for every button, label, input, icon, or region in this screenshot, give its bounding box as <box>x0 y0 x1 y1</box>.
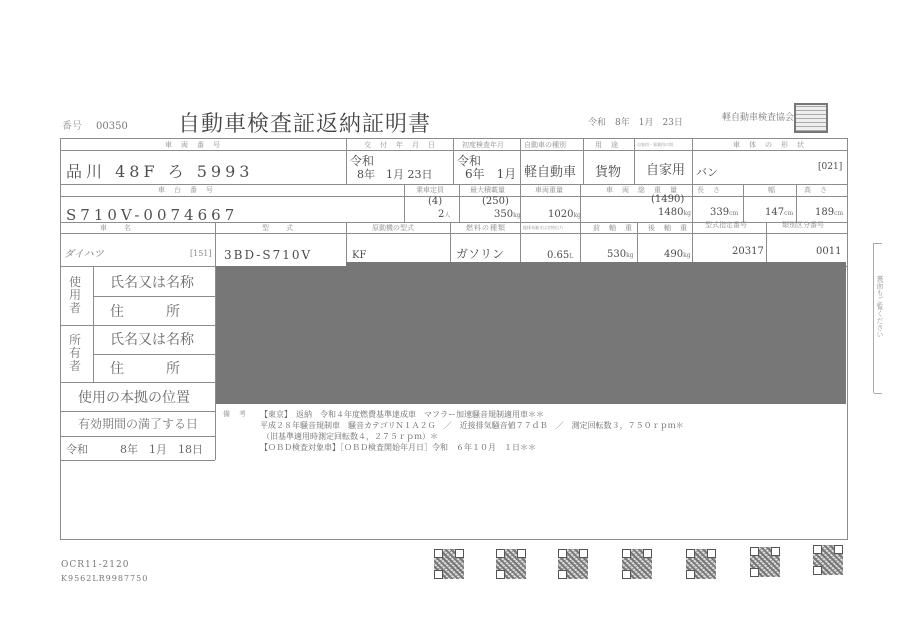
gross-weight-label: 車 両 総 重 量 <box>606 187 678 194</box>
displacement-unit: L <box>569 253 573 260</box>
chassis-number: S710V-0074667 <box>66 208 238 223</box>
max-load-value: 350kg <box>494 210 521 220</box>
category-label: 類別区分番号 <box>782 222 824 229</box>
max-load-number: 350 <box>494 209 513 220</box>
category-number: 0011 <box>816 247 841 257</box>
page-title: 自動車検査証返納証明書 <box>178 114 431 136</box>
redacted-owner-info <box>216 266 846 404</box>
type-approval-label: 型式指定番号 <box>705 222 747 229</box>
width-value: 147cm <box>765 208 793 218</box>
expiry-date: 8年 1月 18日 <box>120 444 203 455</box>
owner-address-label: 住 所 <box>110 362 180 376</box>
document-number: 00350 <box>96 122 128 132</box>
max-load-label: 最大積載量 <box>470 187 505 194</box>
qr-code-icon <box>686 549 716 579</box>
number-label: 番号 <box>62 122 82 132</box>
qr-code-icon <box>813 545 843 575</box>
remarks-text: 【東京】 返納 令和４年度燃費基準達成車 マフラー加速騒音規制適用車＊＊ 平成２… <box>260 409 684 453</box>
gross-weight-number: 1480 <box>658 207 683 218</box>
side-note: 裏面もご覧ください <box>876 275 883 338</box>
front-axle-label: 前 軸 重 <box>593 225 633 232</box>
capacity-label: 乗車定員 <box>416 187 444 194</box>
user-label: 使用者 <box>69 276 81 315</box>
official-seal-icon <box>794 103 828 133</box>
height-value: 189cm <box>815 208 843 218</box>
width-unit: cm <box>784 210 793 217</box>
engine-label: 原動機の型式 <box>372 225 414 232</box>
user-address-label: 住 所 <box>110 305 180 319</box>
issued-date: 8年 1月 23日 <box>357 169 433 180</box>
length-unit: cm <box>729 210 738 217</box>
user-name-label: 氏名又は名称 <box>110 276 194 290</box>
engine-value: KF <box>352 251 366 261</box>
remarks-line: 【ＯＢＤ検査対象車】［ＯＢＤ検査開始年月日］令和 ６年１０月 １日＊＊ <box>260 442 684 453</box>
expiry-era: 令和 <box>66 444 88 455</box>
use-label: 用 途 <box>595 142 619 149</box>
front-axle-number: 530 <box>607 249 626 260</box>
vehicle-weight-number: 1020 <box>548 209 573 220</box>
qr-code-icon <box>622 549 652 579</box>
remarks-line: （旧基準適用時測定回転数４，２７５ｒｐｍ）＊ <box>260 431 684 442</box>
first-registration-date: 6年 1月 <box>465 168 516 180</box>
first-registration-era: 令和 <box>457 155 481 167</box>
fuel-value: ガソリン <box>456 248 504 260</box>
type-approval-number: 20317 <box>732 247 764 257</box>
remarks-line: 【東京】 返納 令和４年度燃費基準達成車 マフラー加速騒音規制適用車＊＊ <box>260 409 684 420</box>
max-load-alt: (250) <box>482 197 509 207</box>
height-label: 高 さ <box>804 187 828 194</box>
vehicle-name: ダイハツ <box>64 250 104 260</box>
body-shape: バン <box>696 167 718 178</box>
first-registration-label: 初度検査年月 <box>462 142 504 149</box>
rear-axle-value: 490kg <box>664 250 691 260</box>
width-number: 147 <box>765 207 784 218</box>
capacity-value: 2人 <box>438 210 450 220</box>
private-commercial-label: 自家用・事業用の別 <box>637 143 673 147</box>
height-unit: cm <box>834 210 843 217</box>
width-label: 幅 <box>768 187 776 194</box>
issuer-name: 軽自動車検査協会 <box>722 114 794 123</box>
qr-code-icon <box>496 549 526 579</box>
plate-number: 品川 48F ろ 5993 <box>66 164 253 180</box>
issue-date: 令和 8年 1月 23日 <box>588 119 683 128</box>
vehicle-type-label: 自動車の種別 <box>524 142 566 149</box>
private-commercial-value: 自家用 <box>646 164 685 177</box>
plate-label: 車 両 番 号 <box>165 142 221 149</box>
gross-weight-unit: kg <box>683 210 690 217</box>
vehicle-name-code: [151] <box>190 250 212 258</box>
rear-axle-number: 490 <box>664 249 683 260</box>
height-number: 189 <box>815 207 834 218</box>
vehicle-weight-value: 1020kg <box>548 210 581 220</box>
owner-name-label: 氏名又は名称 <box>110 333 194 347</box>
owner-label: 所有者 <box>69 334 81 373</box>
vehicle-weight-label: 車両重量 <box>535 187 563 194</box>
base-location-label: 使用の本拠の位置 <box>78 391 190 405</box>
capacity-alt: (4) <box>428 197 442 207</box>
displacement-number: 0.65 <box>547 250 569 261</box>
gross-weight-alt: (1490) <box>651 195 684 205</box>
serial-number: K9562LR9987750 <box>61 575 148 583</box>
vehicle-name-label: 車 名 <box>100 225 132 232</box>
vehicle-type: 軽自動車 <box>524 166 576 179</box>
displacement-label: 総排気量又は定格出力 <box>523 226 563 230</box>
qr-code-icon <box>434 549 464 579</box>
qr-code-icon <box>750 547 780 577</box>
redacted-strip <box>346 262 846 268</box>
chassis-label: 車 台 番 号 <box>158 187 214 194</box>
expiry-label: 有効期間の満了する日 <box>78 418 198 430</box>
gross-weight-value: 1480kg <box>658 208 691 218</box>
front-axle-value: 530kg <box>607 250 634 260</box>
form-code: OCR11-2120 <box>61 561 129 570</box>
rear-axle-unit: kg <box>683 252 690 259</box>
qr-code-icon <box>558 549 588 579</box>
front-axle-unit: kg <box>626 252 633 259</box>
fuel-label: 燃料の種類 <box>466 225 506 232</box>
displacement-value: 0.65L <box>547 251 573 261</box>
length-label: 長 さ <box>697 187 721 194</box>
remarks-label: 備 考 <box>223 411 247 418</box>
rear-axle-label: 後 軸 重 <box>648 225 688 232</box>
max-load-unit: kg <box>513 212 520 219</box>
model-value: 3BD-S710V <box>224 249 312 261</box>
issued-era: 令和 <box>350 155 374 167</box>
issued-date-label: 交 付 年 月 日 <box>364 142 436 149</box>
use-value: 貨物 <box>595 166 621 179</box>
body-shape-label: 車 体 の 形 状 <box>733 142 805 149</box>
length-value: 339cm <box>710 208 738 218</box>
capacity-unit: 人 <box>444 212 450 219</box>
vehicle-weight-unit: kg <box>573 212 580 219</box>
length-number: 339 <box>710 207 729 218</box>
body-shape-code: [021] <box>818 163 842 172</box>
remarks-line: 平成２８年騒音規制車 騒音カテゴリＮ１Ａ２Ｇ ／ 近接排気騒音値７７ｄＢ ／ 測… <box>260 420 684 431</box>
model-label: 型 式 <box>262 225 294 232</box>
